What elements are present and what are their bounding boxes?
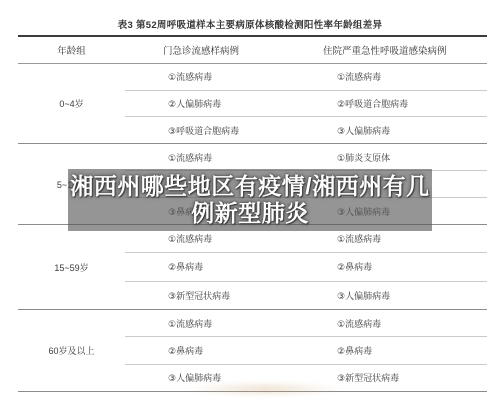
- table-subrow: ①流感病毒 ①肺炎支原体: [125, 144, 487, 171]
- inpatient-rank-2: ②呼吸道合胞病毒: [290, 97, 487, 110]
- header-age-group: 年龄组: [18, 43, 125, 57]
- outpatient-rank-3: ③新型冠状病毒: [125, 289, 290, 302]
- table-header-row: 年龄组 门急诊流感样病例 住院严重急性呼吸道感染病例: [18, 37, 487, 64]
- outpatient-rank-2: ②鼻病毒: [125, 260, 290, 273]
- headline-line-2: 例新型肺炎: [191, 200, 309, 227]
- inpatient-rank-1: ①流感病毒: [290, 232, 487, 245]
- inpatient-rank-1: ①肺炎支原体: [290, 151, 487, 164]
- table-subrow: ③呼吸道合胞病毒 ③人偏肺病毒: [125, 117, 487, 143]
- headline-line-1: 湘西州哪些地区有疫情/湘西州有几: [70, 173, 429, 200]
- table-subrow: ①流感病毒 ①流感病毒: [125, 64, 487, 91]
- table-subrow: ③人偏肺病毒 ③新型冠状病毒: [125, 365, 487, 391]
- header-outpatient: 门急诊流感样病例: [125, 43, 290, 57]
- outpatient-rank-3: ③呼吸道合胞病毒: [125, 124, 290, 137]
- inpatient-rank-3: ③人偏肺病毒: [290, 289, 487, 302]
- table-row-age-15-59: 15~59岁 ①流感病毒 ①流感病毒 ②鼻病毒 ②鼻病毒 ③新型冠状病毒 ③人偏…: [18, 225, 487, 310]
- outpatient-rank-3: ③人偏肺病毒: [125, 371, 290, 384]
- outpatient-rank-1: ①流感病毒: [125, 232, 290, 245]
- outpatient-rank-2: ②鼻病毒: [125, 344, 290, 357]
- age-label: 60岁及以上: [18, 310, 125, 391]
- headline-overlay-banner: 湘西州哪些地区有疫情/湘西州有几 例新型肺炎: [68, 169, 432, 231]
- article-image: 表3 第52周呼吸道样本主要病原体核酸检测阳性率年龄组差异 年龄组 门急诊流感样…: [0, 0, 500, 402]
- outpatient-rank-1: ①流感病毒: [125, 151, 290, 164]
- table-row-age-60-plus: 60岁及以上 ①流感病毒 ①流感病毒 ②鼻病毒 ②鼻病毒 ③人偏肺病毒 ③新型冠…: [18, 310, 487, 392]
- outpatient-rank-1: ①流感病毒: [125, 70, 290, 83]
- header-inpatient: 住院严重急性呼吸道感染病例: [290, 43, 487, 57]
- table-subrow: ②鼻病毒 ②鼻病毒: [125, 253, 487, 281]
- age-label: 15~59岁: [18, 225, 125, 309]
- outpatient-rank-1: ①流感病毒: [125, 317, 290, 330]
- inpatient-rank-2: ②鼻病毒: [290, 344, 487, 357]
- table-title: 表3 第52周呼吸道样本主要病原体核酸检测阳性率年龄组差异: [0, 17, 500, 31]
- inpatient-rank-3: ③人偏肺病毒: [290, 124, 487, 137]
- age-label: 0~4岁: [18, 64, 125, 143]
- outpatient-rank-2: ②人偏肺病毒: [125, 97, 290, 110]
- inpatient-rank-3: ③新型冠状病毒: [290, 371, 487, 384]
- table-subrow: ②人偏肺病毒 ②呼吸道合胞病毒: [125, 91, 487, 118]
- inpatient-rank-1: ①流感病毒: [290, 317, 487, 330]
- table-subrow: ①流感病毒 ①流感病毒: [125, 310, 487, 337]
- table-row-age-0-4: 0~4岁 ①流感病毒 ①流感病毒 ②人偏肺病毒 ②呼吸道合胞病毒 ③呼吸道合胞病…: [18, 64, 487, 144]
- table-subrow: ②鼻病毒 ②鼻病毒: [125, 337, 487, 364]
- inpatient-rank-1: ①流感病毒: [290, 70, 487, 83]
- inpatient-rank-2: ②鼻病毒: [290, 260, 487, 273]
- table-subrow: ③新型冠状病毒 ③人偏肺病毒: [125, 282, 487, 309]
